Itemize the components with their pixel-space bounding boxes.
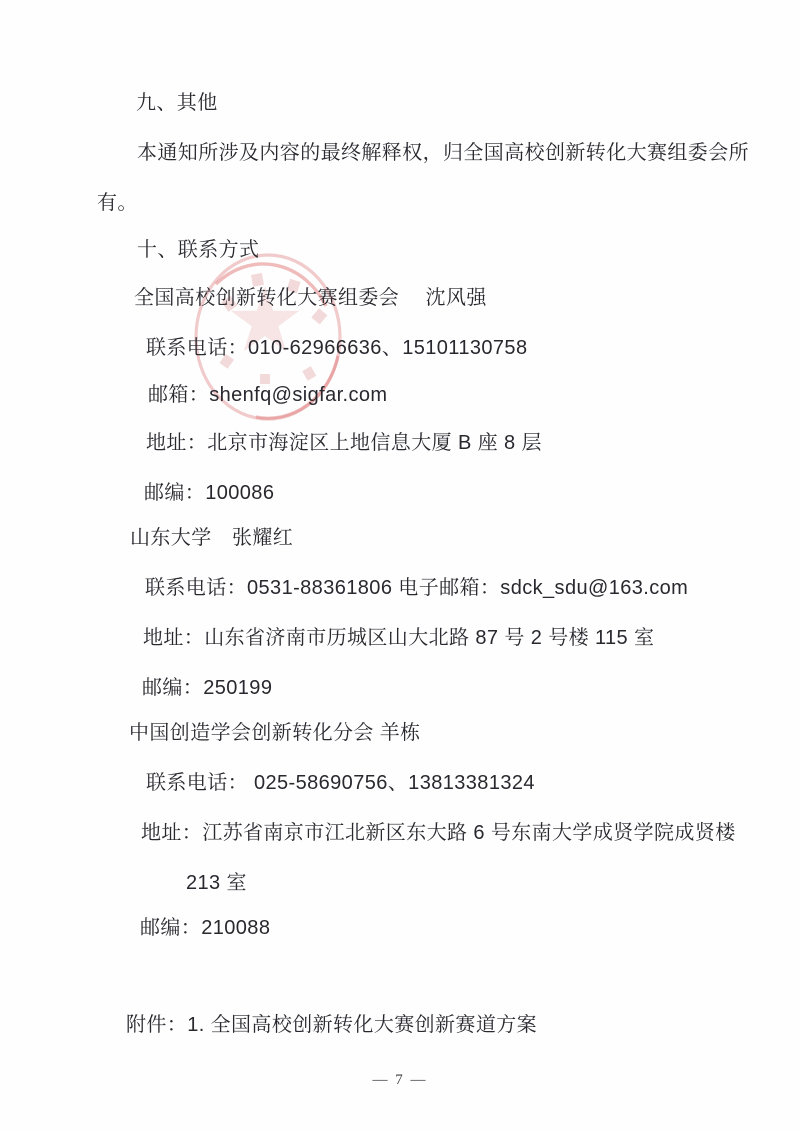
contact3-postcode-line: 邮编：210088: [140, 915, 270, 941]
contact1-postcode-line: 邮编：100086: [144, 480, 274, 506]
contact3-org-line: 中国创造学会创新转化分会 羊栋: [129, 720, 421, 746]
para-interpretation-line-2: 有。: [97, 190, 138, 216]
heading-section-nine: 九、其他: [136, 90, 218, 116]
document-page: 九、其他 本通知所涉及内容的最终解释权，归全国高校创新转化大赛组委会所 有。 十…: [0, 0, 800, 1131]
heading-section-ten: 十、联系方式: [137, 237, 259, 263]
contact1-address-line: 地址：北京市海淀区上地信息大厦 B 座 8 层: [146, 430, 542, 456]
attachment-line: 附件：1. 全国高校创新转化大赛创新赛道方案: [126, 1012, 537, 1038]
page-number: — 7 —: [0, 1072, 800, 1089]
contact1-org-line: 全国高校创新转化大赛组委会 沈风强: [134, 285, 487, 311]
contact3-phone-line: 联系电话： 025-58690756、13813381324: [146, 770, 535, 796]
contact2-address-line: 地址：山东省济南市历城区山大北路 87 号 2 号楼 115 室: [143, 625, 654, 651]
contact2-postcode-line: 邮编：250199: [142, 675, 272, 701]
contact1-email-line: 邮箱：shenfq@sigfar.com: [148, 382, 388, 408]
contact1-phone-line: 联系电话：010-62966636、15101130758: [146, 335, 527, 361]
contact3-address-line-1: 地址：江苏省南京市江北新区东大路 6 号东南大学成贤学院成贤楼: [141, 820, 736, 846]
para-interpretation-line-1: 本通知所涉及内容的最终解释权，归全国高校创新转化大赛组委会所: [137, 140, 749, 166]
contact2-phone-email-line: 联系电话：0531-88361806 电子邮箱：sdck_sdu@163.com: [145, 575, 688, 601]
contact2-org-line: 山东大学 张耀红: [130, 525, 293, 551]
contact3-address-line-2: 213 室: [186, 870, 247, 896]
